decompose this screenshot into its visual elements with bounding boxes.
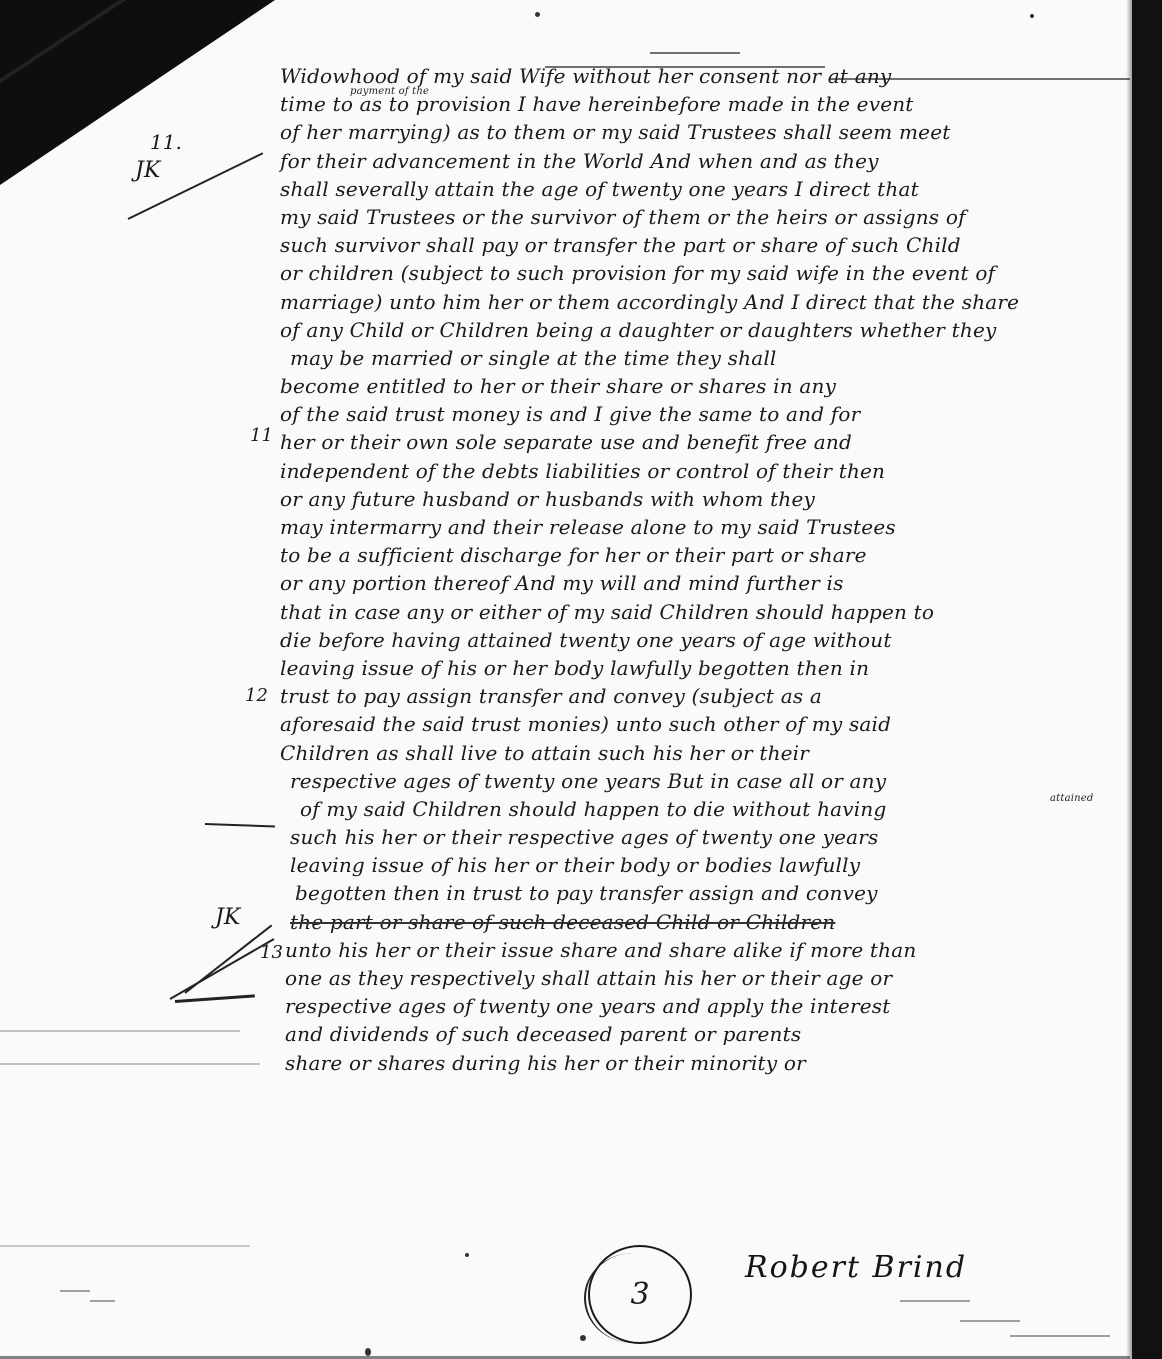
- margin-clause-number: 11: [250, 425, 273, 446]
- scan-mark: [0, 1063, 260, 1065]
- text-line-27: attained of my said Children should happ…: [280, 795, 1120, 823]
- scan-mark: [60, 1290, 90, 1292]
- text-line-18: to be a sufficient discharge for her or …: [280, 541, 1120, 569]
- text-line-33: one as they respectively shall attain hi…: [280, 964, 1120, 992]
- text-line-9: marriage) unto him her or them according…: [280, 288, 1120, 316]
- scan-mark: [0, 1245, 250, 1247]
- text-line-22: leaving issue of his or her body lawfull…: [280, 654, 1120, 682]
- text-line-20: that in case any or either of my said Ch…: [280, 598, 1120, 626]
- text-line-7: such survivor shall pay or transfer the …: [280, 231, 1120, 259]
- scan-mark: [0, 1030, 240, 1032]
- text-line-2: payment of the time to as to provision I…: [280, 90, 1120, 118]
- margin-clause-number: 11.: [150, 130, 182, 154]
- margin-initials: JK: [215, 905, 240, 930]
- text-line-8: or children (subject to such provision f…: [280, 259, 1120, 287]
- text-line-30: begotten then in trust to pay transfer a…: [280, 879, 1120, 907]
- scan-speck: [580, 1335, 586, 1341]
- right-scan-edge: [1132, 0, 1162, 1359]
- page-number: 3: [630, 1277, 649, 1312]
- text-line-25: Children as shall live to attain such hi…: [280, 739, 1120, 767]
- text-line-19: or any portion thereof And my will and m…: [280, 569, 1120, 597]
- text-line-32: unto his her or their issue share and sh…: [280, 936, 1120, 964]
- text-line-13: of the said trust money is and I give th…: [280, 400, 1120, 428]
- text-line-17: may intermarry and their release alone t…: [280, 513, 1120, 541]
- scan-speck: [535, 12, 540, 17]
- margin-clause-number: 12: [245, 685, 268, 706]
- text-line-5: shall severally attain the age of twenty…: [280, 175, 1120, 203]
- text-line-36: share or shares during his her or their …: [280, 1049, 1120, 1077]
- scan-speck: [1030, 14, 1034, 18]
- scan-mark: [1010, 1335, 1110, 1337]
- text-line-14: her or their own sole separate use and b…: [280, 428, 1120, 456]
- scan-mark: [960, 1320, 1020, 1322]
- text-line-3: of her marrying) as to them or my said T…: [280, 118, 1120, 146]
- text-line-12: become entitled to her or their share or…: [280, 372, 1120, 400]
- text-line-34: respective ages of twenty one years and …: [280, 992, 1120, 1020]
- scan-mark: [900, 1300, 970, 1302]
- text-line-16: or any future husband or husbands with w…: [280, 485, 1120, 513]
- text-line-4: for their advancement in the World And w…: [280, 147, 1120, 175]
- text-line-28: such his her or their respective ages of…: [280, 823, 1120, 851]
- text-line-11: may be married or single at the time the…: [280, 344, 1120, 372]
- scan-mark: [90, 1300, 115, 1302]
- scan-speck: [465, 1253, 469, 1257]
- scan-mark: [650, 52, 740, 54]
- margin-initials: JK: [135, 158, 160, 183]
- page-number-circle: 3: [588, 1245, 692, 1344]
- interlinear-note: attained: [1050, 785, 1094, 813]
- text-line-15: independent of the debts liabilities or …: [280, 457, 1120, 485]
- text-line-21: die before having attained twenty one ye…: [280, 626, 1120, 654]
- text-line-26: respective ages of twenty one years But …: [280, 767, 1120, 795]
- interlinear-note: payment of the: [350, 78, 429, 106]
- text-line-24: aforesaid the said trust monies) unto su…: [280, 710, 1120, 738]
- scanned-page: Widowhood of my said Wife without her co…: [0, 0, 1162, 1359]
- text-line-6: my said Trustees or the survivor of them…: [280, 203, 1120, 231]
- text-line-35: and dividends of such deceased parent or…: [280, 1020, 1120, 1048]
- text-line-31: the part or share of such deceased Child…: [280, 908, 1120, 936]
- scan-speck: [365, 1348, 371, 1356]
- margin-stroke: [205, 823, 275, 827]
- margin-stroke: [170, 938, 275, 1000]
- text-line-29: leaving issue of his her or their body o…: [280, 851, 1120, 879]
- text-line-23: trust to pay assign transfer and convey …: [280, 682, 1120, 710]
- will-text-body: Widowhood of my said Wife without her co…: [280, 62, 1120, 1077]
- margin-stroke: [175, 994, 255, 1003]
- text-line-10: of any Child or Children being a daughte…: [280, 316, 1120, 344]
- signature: Robert Brind: [745, 1250, 967, 1285]
